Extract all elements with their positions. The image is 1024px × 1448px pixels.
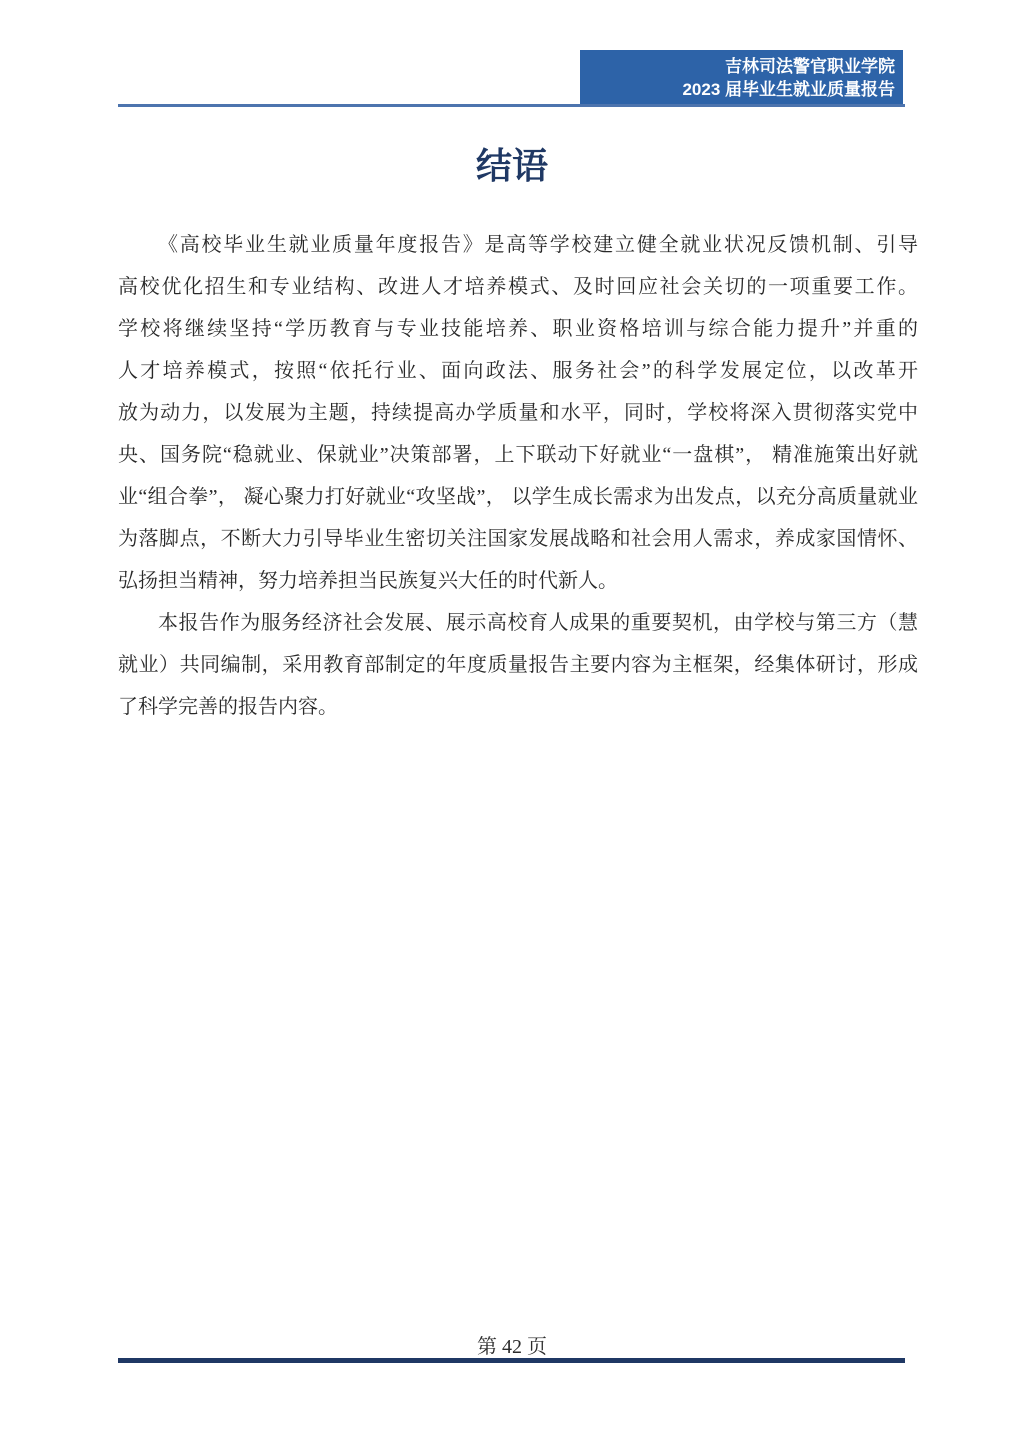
paragraph-2: 本报告作为服务经济社会发展、展示高校育人成果的重要契机，由学校与第三方（慧 就业… xyxy=(118,602,918,728)
footer-divider xyxy=(118,1358,905,1363)
paragraph-1: 《高校毕业生就业质量年度报告》是高等学校建立健全就业状况反馈机制、引导 高校优化… xyxy=(118,224,918,602)
text-line: 学校将继续坚持“学历教育与专业技能培养、职业资格培训与综合能力提升”并重的 xyxy=(118,308,918,350)
text-line: 为落脚点，不断大力引导毕业生密切关注国家发展战略和社会用人需求，养成家国情怀、 xyxy=(118,518,918,560)
text-line: 本报告作为服务经济社会发展、展示高校育人成果的重要契机，由学校与第三方（慧 xyxy=(118,602,918,644)
header-banner: 吉林司法警官职业学院 2023 届毕业生就业质量报告 xyxy=(580,50,903,105)
text-line: 央、国务院“稳就业、保就业”决策部署，上下联动下好就业“一盘棋”， 精准施策出好… xyxy=(118,434,918,476)
text-line: 放为动力，以发展为主题，持续提高办学质量和水平，同时，学校将深入贯彻落实党中 xyxy=(118,392,918,434)
text-line: 弘扬担当精神，努力培养担当民族复兴大任的时代新人。 xyxy=(118,560,918,602)
text-line: 《高校毕业生就业质量年度报告》是高等学校建立健全就业状况反馈机制、引导 xyxy=(118,224,918,266)
text-line: 就业）共同编制，采用教育部制定的年度质量报告主要内容为主框架，经集体研讨，形成 xyxy=(118,644,918,686)
report-page: 吉林司法警官职业学院 2023 届毕业生就业质量报告 结语 《高校毕业生就业质量… xyxy=(0,0,1024,1448)
header-school-name: 吉林司法警官职业学院 xyxy=(580,55,895,78)
body-content: 《高校毕业生就业质量年度报告》是高等学校建立健全就业状况反馈机制、引导 高校优化… xyxy=(118,224,918,728)
header-divider xyxy=(118,104,905,107)
text-line: 了科学完善的报告内容。 xyxy=(118,686,918,728)
text-line: 人才培养模式，按照“依托行业、面向政法、服务社会”的科学发展定位，以改革开 xyxy=(118,350,918,392)
page-title: 结语 xyxy=(0,138,1024,189)
text-line: 高校优化招生和专业结构、改进人才培养模式、及时回应社会关切的一项重要工作。 xyxy=(118,266,918,308)
header-report-title: 2023 届毕业生就业质量报告 xyxy=(580,78,895,101)
page-number: 第 42 页 xyxy=(0,1330,1024,1359)
text-line: 业“组合拳”， 凝心聚力打好就业“攻坚战”， 以学生成长需求为出发点，以充分高质… xyxy=(118,476,918,518)
